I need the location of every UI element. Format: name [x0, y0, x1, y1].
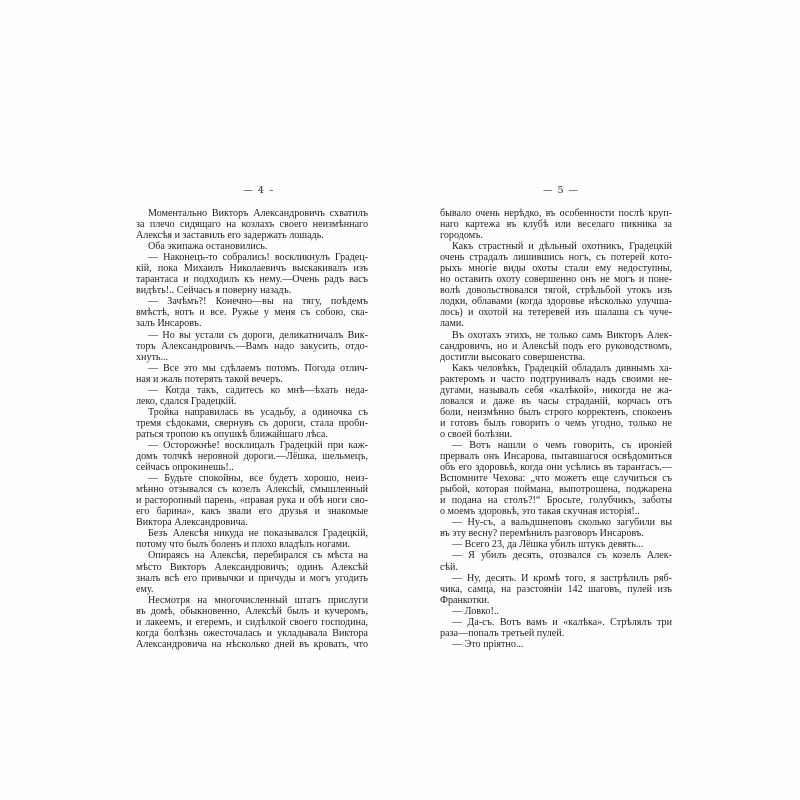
text-line: — Ну, десять. И кромѣ того, я застрѣлилъ…	[440, 573, 672, 584]
page-text: Моментально Викторъ Александровичъ схват…	[136, 208, 368, 650]
text-line: бывало очень нерѣдко, въ особенности пос…	[440, 208, 672, 219]
text-line: и готовъ былъ говорить о чемъ угодно, то…	[440, 418, 672, 429]
text-line: Оба экипажа остановились.	[136, 241, 368, 252]
text-line: очень страдалъ лишившись ногъ, съ потере…	[440, 252, 672, 263]
text-line: Александровича на нѣсколько дней въ кров…	[136, 639, 368, 650]
text-line: — Ну-съ, а вальдшнеповъ сколько загубили…	[440, 517, 672, 528]
text-line: сейчасъ опрокинешь!..	[136, 462, 368, 473]
left-page: — 4 – Моментально Викторъ Александровичъ…	[136, 184, 368, 650]
text-line: — Вотъ нашли о чемъ говорить, съ ироніей	[440, 440, 672, 451]
text-line: Алексѣя и заставилъ его задержать лошадь…	[136, 230, 368, 241]
text-line: Тройка направилась въ усадьбу, а одиночк…	[136, 407, 368, 418]
text-line: — Когда такъ, садитесь ко мнѣ—ѣхать неда…	[136, 385, 368, 396]
text-line: наго картежа въ клубѣ или веселаго пикни…	[440, 219, 672, 230]
text-line: тарантаса и подходилъ къ нему.—Очень рад…	[136, 274, 368, 285]
text-line: рыхъ многіе виды охоты стали ему недосту…	[440, 263, 672, 274]
text-line: домъ толчкѣ неровной дороги.—Лёшка, шель…	[136, 451, 368, 462]
text-line: лось) и охотой на тетеревей изъ шалаша с…	[440, 307, 672, 318]
text-line: вмѣстѣ, вотъ и все. Ружье у меня съ собо…	[136, 307, 368, 318]
text-line: о своей болѣзни.	[440, 429, 672, 440]
text-line: боли, неизмѣнно былъ строго корректенъ, …	[440, 407, 672, 418]
text-line: Въ охотахъ этихъ, не только самъ Викторъ…	[440, 330, 672, 341]
text-line: и подана на столъ?!“ Бросьте, голубчикъ,…	[440, 495, 672, 506]
text-line: — Наконецъ-то собрались! воскликнулъ Гра…	[136, 252, 368, 263]
text-line: потому что былъ боленъ и плохо владѣлъ н…	[136, 539, 368, 550]
text-line: рыбой, которая поймана, выпотрошена, под…	[440, 484, 672, 495]
text-line: ему.	[136, 584, 368, 595]
text-line: — Ловко!..	[440, 606, 672, 617]
book-spread: — 4 – Моментально Викторъ Александровичъ…	[0, 0, 800, 800]
text-line: — Все это мы сдѣлаемъ потомъ. Погода отл…	[136, 363, 368, 374]
text-line: — Да-съ. Вотъ вамъ и «калѣка». Стрѣлялъ …	[440, 617, 672, 628]
text-line: мѣнно отзывался съ козелъ Алексѣй, смышл…	[136, 484, 368, 495]
text-line: — Я убилъ десять, отозвался съ козелъ Ал…	[440, 550, 672, 561]
text-line: прервалъ онъ Инсарова, пытавшагося освѣд…	[440, 451, 672, 462]
text-line: лами.	[440, 318, 672, 329]
page-number: — 4 –	[136, 184, 368, 208]
text-line: дугами, называлъ себя «калѣкой», никогда…	[440, 385, 672, 396]
text-line: городомъ.	[440, 230, 672, 241]
text-line: мѣсто Викторъ Александровичъ; одинъ Алек…	[136, 562, 368, 573]
text-line: кій, пока Михаилъ Николаевичъ выскакивал…	[136, 263, 368, 274]
page-text: бывало очень нерѣдко, въ особенности пос…	[440, 208, 672, 650]
text-line: — Осторожнѣе! восклицалъ Градецкій при к…	[136, 440, 368, 451]
text-line: въ домѣ, обыкновенно, Алексѣй былъ и куч…	[136, 606, 368, 617]
text-line: видѣть!.. Сейчасъ я поверну назадъ.	[136, 285, 368, 296]
text-line: волѣ довольствовался тягой, стрѣльбой ут…	[440, 285, 672, 296]
right-page: — 5 — бывало очень нерѣдко, въ особеннос…	[440, 184, 672, 650]
text-line: въ эту весну? перемѣнилъ разговоръ Инсар…	[440, 528, 672, 539]
text-line: Какъ человѣкъ, Градецкій обладалъ дивным…	[440, 363, 672, 374]
text-line: Моментально Викторъ Александровичъ схват…	[136, 208, 368, 219]
text-line: раза—попалъ третьей пулей.	[440, 628, 672, 639]
text-line: за плечо сидящаго на козлахъ своего неиз…	[136, 219, 368, 230]
text-line: — Всего 23, да Лёшка убилъ штукъ девять.…	[440, 539, 672, 550]
text-line: о моемъ здоровьѣ, это такая скучная исто…	[440, 506, 672, 517]
text-line: лодки, облавами (когда здоровье нѣскольк…	[440, 296, 672, 307]
text-line: Франкотки.	[440, 595, 672, 606]
text-line: Опираясь на Алексѣя, перебирался съ мѣст…	[136, 550, 368, 561]
text-line: достигли высокаго совершенства.	[440, 352, 672, 363]
text-line: и расторопный парень, «правая рука и обѣ…	[136, 495, 368, 506]
text-line: Какъ страстный и дѣльный охотникъ, Граде…	[440, 241, 672, 252]
text-line: Безъ Алексѣя никуда не показывался Граде…	[136, 528, 368, 539]
text-line: сандровичъ, но и Алексѣй подъ его руково…	[440, 341, 672, 352]
text-line: торъ Александровичъ.—Вамъ надо закусить,…	[136, 341, 368, 352]
text-line: Вспомните Чехова: „что можетъ еще случит…	[440, 473, 672, 484]
text-line: Виктора Александровича.	[136, 517, 368, 528]
text-line: рактеромъ и часто подтрунивалъ надъ свои…	[440, 374, 672, 385]
text-line: но оставить охоту совершенно онъ не могъ…	[440, 274, 672, 285]
text-line: — Зачѣмъ?! Конечно—вы на тягу, поѣдемъ	[136, 296, 368, 307]
text-line: тремя сѣдоками, свернувъ съ дороги, стал…	[136, 418, 368, 429]
text-line: залъ Инсаровъ.	[136, 318, 368, 329]
text-line: сѣй.	[440, 562, 672, 573]
text-line: объ его здоровьѣ, когда они усѣлись въ т…	[440, 462, 672, 473]
text-line: — Это пріятно...	[440, 639, 672, 650]
text-line: леко, сдался Градецкій.	[136, 396, 368, 407]
page-number: — 5 —	[440, 184, 672, 208]
text-line: ловался и даже въ часы страданій, корчас…	[440, 396, 672, 407]
text-line: — Будьте спокойны, все будетъ хорошо, не…	[136, 473, 368, 484]
text-line: когда болѣзнь ожесточалась и укладывала …	[136, 628, 368, 639]
text-line: — Но вы устали съ дороги, деликатничалъ …	[136, 330, 368, 341]
text-line: Несмотря на многочисленный штатъ прислуг…	[136, 595, 368, 606]
text-line: раться тропою къ опушкѣ ближайшаго лѣса.	[136, 429, 368, 440]
text-line: ная и жаль потерять такой вечеръ.	[136, 374, 368, 385]
text-line: его барина», какъ звали его друзья и зна…	[136, 506, 368, 517]
text-line: зналъ всѣ его привычки и причуды и могъ …	[136, 573, 368, 584]
text-line: и лакеемъ, и егеремъ, и сидѣлкой своего …	[136, 617, 368, 628]
text-line: хнуть...	[136, 352, 368, 363]
text-line: чика, самца, на разстояніи 142 шаговъ, п…	[440, 584, 672, 595]
